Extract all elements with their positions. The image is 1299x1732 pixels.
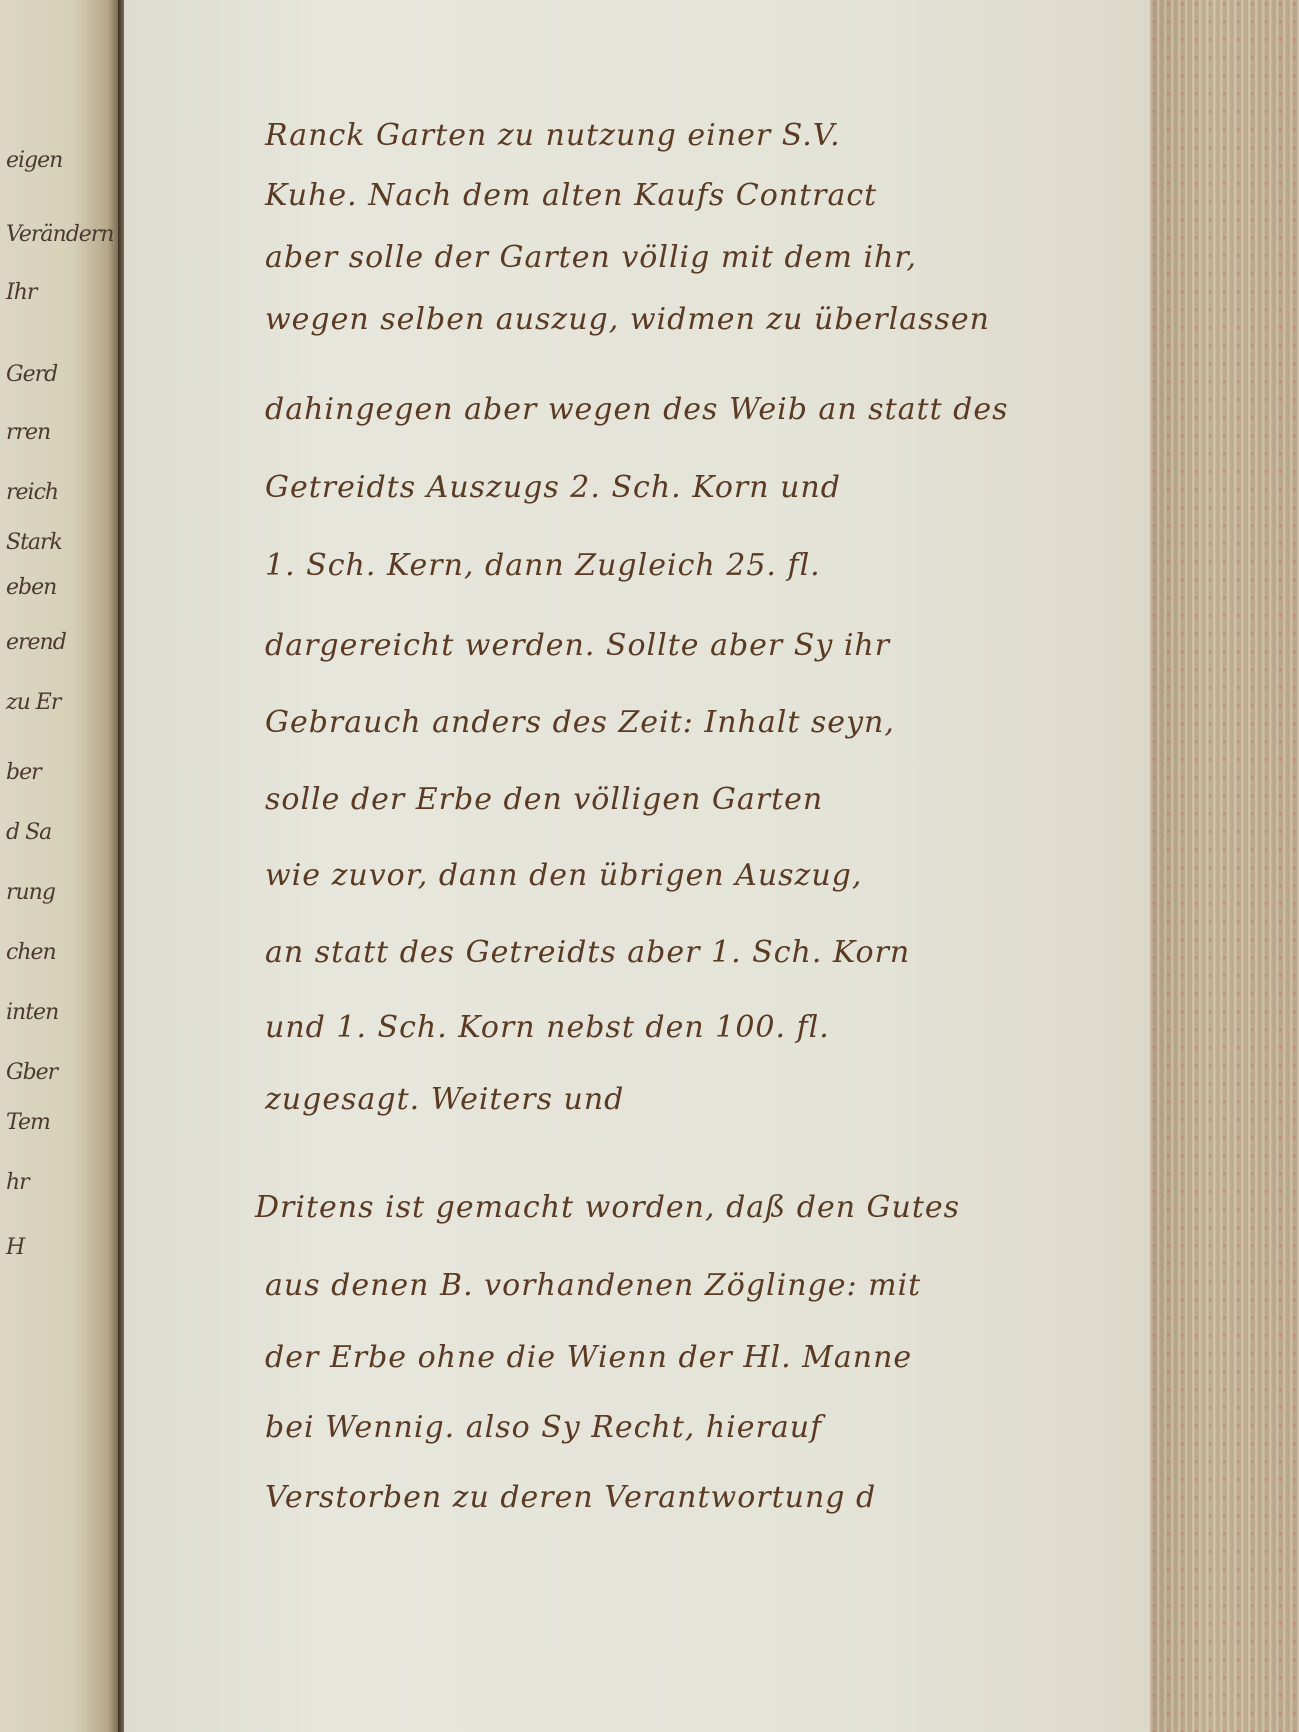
manuscript-line: wegen selben auszug, widmen zu überlasse… (265, 302, 990, 337)
manuscript-line: und 1. Sch. Korn nebst den 100. fl. (265, 1010, 830, 1045)
manuscript-line: solle der Erbe den völligen Garten (265, 782, 823, 817)
manuscript-line: bei Wennig. also Sy Recht, hierauf (265, 1410, 822, 1445)
left-page-fragment: chen (6, 940, 56, 965)
manuscript-line: Getreidts Auszugs 2. Sch. Korn und (265, 470, 841, 505)
left-page-fragment: Verändern (6, 222, 113, 247)
left-page-fragment: eben (6, 575, 56, 600)
manuscript-line: aus denen B. vorhandenen Zöglinge: mit (265, 1268, 921, 1303)
left-page-fragment: Gerd (6, 362, 57, 387)
manuscript-line: wie zuvor, dann den übrigen Auszug, (265, 858, 862, 893)
left-page-fragment: rung (6, 880, 55, 905)
manuscript-line: Verstorben zu deren Verantwortung d (265, 1480, 876, 1515)
left-page-fragment: erend (6, 630, 66, 655)
left-page-fragment: reich (6, 480, 58, 505)
left-page-fragment: ber (6, 760, 41, 785)
left-page-fragment: Tem (6, 1110, 50, 1135)
left-page-fragment: Stark (6, 530, 62, 555)
left-page-fragment: H (6, 1235, 24, 1260)
left-page-fragment: rren (6, 420, 50, 445)
manuscript-line: dargereicht werden. Sollte aber Sy ihr (265, 628, 890, 663)
manuscript-line: an statt des Getreidts aber 1. Sch. Korn (265, 935, 910, 970)
left-page-fragment: inten (6, 1000, 58, 1025)
left-page-fragment: eigen (6, 148, 62, 173)
left-page-fragment: zu Er (6, 690, 60, 715)
manuscript-line: der Erbe ohne die Wienn der Hl. Manne (265, 1340, 912, 1375)
manuscript-line: Kuhe. Nach dem alten Kaufs Contract (265, 178, 877, 213)
book-page-edges (1150, 0, 1299, 1732)
manuscript-line: zugesagt. Weiters und (265, 1082, 624, 1117)
manuscript-line: Ranck Garten zu nutzung einer S.V. (265, 118, 841, 153)
manuscript-line: aber solle der Garten völlig mit dem ihr… (265, 240, 917, 275)
left-page-facing: eigen Verändern Ihr Gerd rren reich Star… (0, 0, 122, 1732)
left-page-fragment: Gber (6, 1060, 57, 1085)
manuscript-line: Gebrauch anders des Zeit: Inhalt seyn, (265, 705, 895, 740)
manuscript-line: 1. Sch. Kern, dann Zugleich 25. fl. (265, 548, 821, 583)
manuscript-line: Dritens ist gemacht worden, daß den Gute… (255, 1190, 960, 1225)
left-page-fragment: hr (6, 1170, 29, 1195)
left-page-fragment: d Sa (6, 820, 51, 845)
left-page-fragment: Ihr (6, 280, 36, 305)
manuscript-line: dahingegen aber wegen des Weib an statt … (265, 392, 1009, 427)
